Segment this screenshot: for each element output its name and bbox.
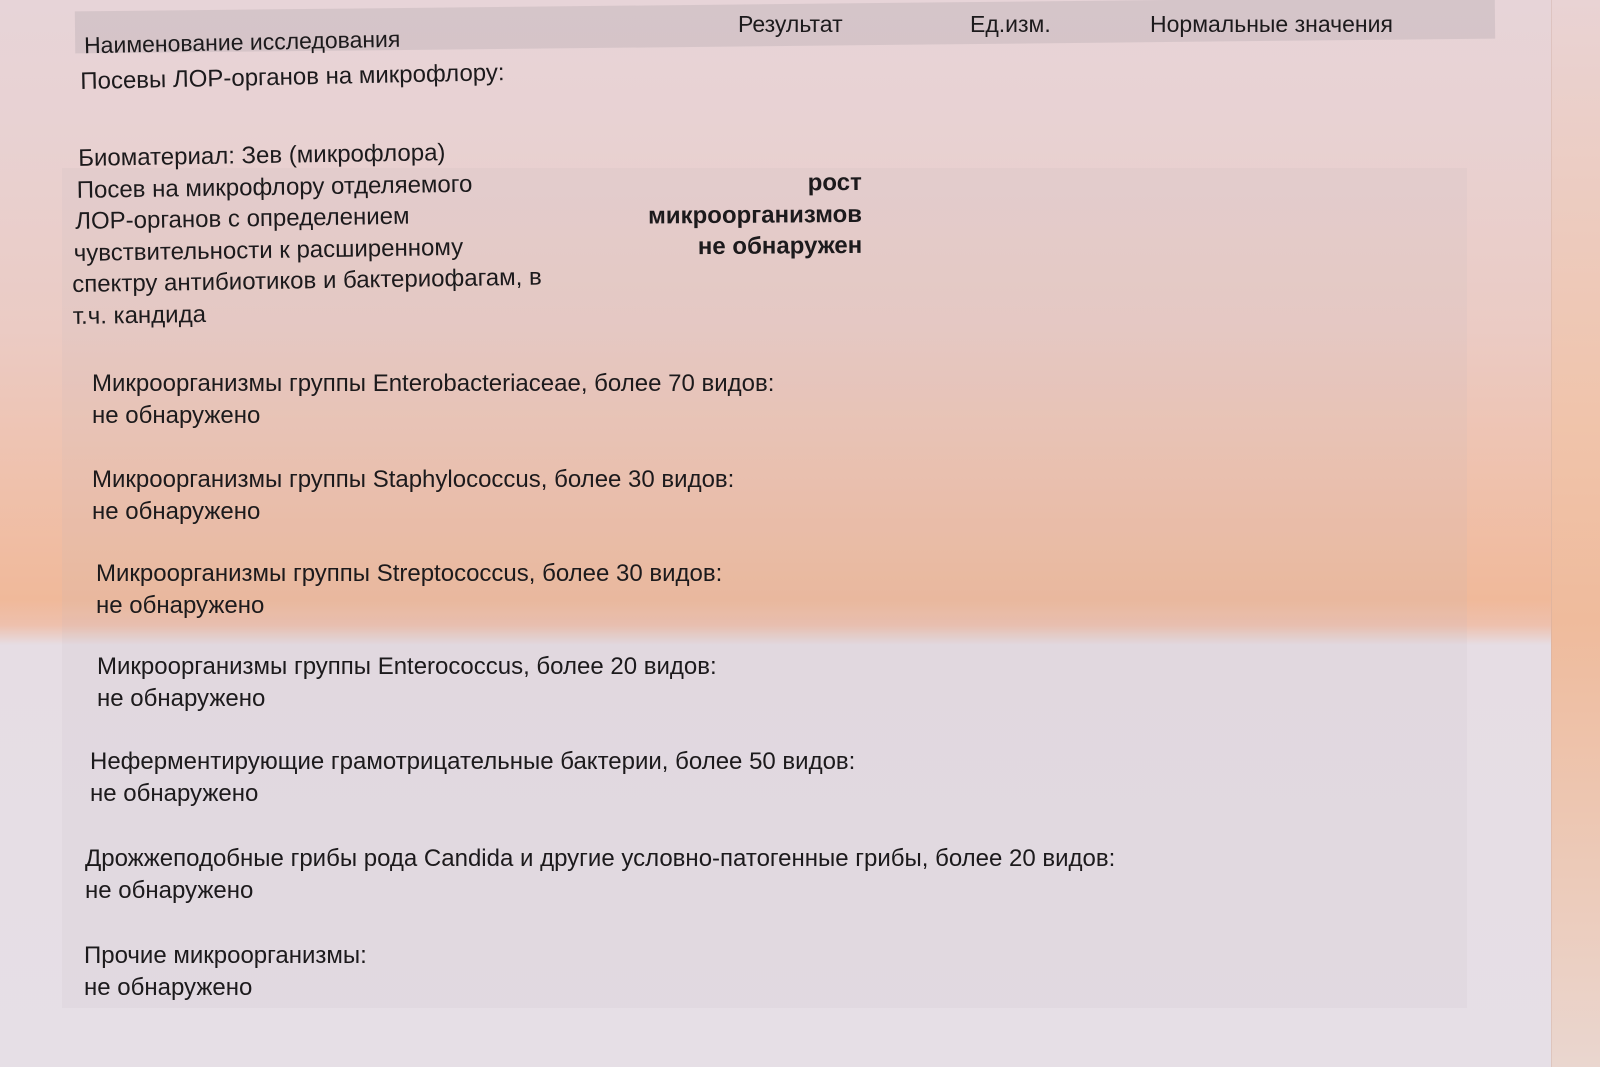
finding-label: Дрожжеподобные грибы рода Candida и друг… (85, 843, 1115, 875)
finding-streptococcus: Микроорганизмы группы Streptococcus, бол… (96, 558, 722, 622)
result-line: рост (560, 167, 862, 201)
column-header-name: Наименование исследования (84, 23, 401, 62)
paper-edge (1551, 0, 1600, 1067)
finding-other-microorganisms: Прочие микроорганизмы: не обнаружено (84, 940, 367, 1004)
finding-nonfermenting-gram-negative: Неферментирующие грамотрицательные бакте… (90, 746, 855, 810)
finding-label: Микроорганизмы группы Enterobacteriaceae… (92, 368, 774, 400)
result-line: микроорганизмов (560, 198, 862, 232)
finding-value: не обнаружено (97, 683, 717, 715)
finding-staphylococcus: Микроорганизмы группы Staphylococcus, бо… (92, 464, 734, 528)
finding-label: Микроорганизмы группы Enterococcus, боле… (97, 651, 717, 683)
column-header-normal-values: Нормальные значения (1150, 8, 1393, 40)
finding-label: Микроорганизмы группы Streptococcus, бол… (96, 558, 722, 590)
column-header-result: Результат (738, 8, 843, 40)
section-title: Посевы ЛОР-органов на микрофлору: (80, 57, 505, 98)
test-result: рост микроорганизмов не обнаружен (560, 167, 863, 264)
finding-value: не обнаружено (96, 590, 722, 622)
finding-value: не обнаружено (90, 778, 855, 810)
finding-candida-fungi: Дрожжеподобные грибы рода Candida и друг… (85, 843, 1115, 907)
finding-label: Микроорганизмы группы Staphylococcus, бо… (92, 464, 734, 496)
finding-value: не обнаружено (92, 400, 774, 432)
finding-value: не обнаружено (84, 972, 367, 1004)
result-line: не обнаружен (560, 230, 862, 264)
finding-enterococcus: Микроорганизмы группы Enterococcus, боле… (97, 651, 717, 715)
finding-value: не обнаружено (85, 875, 1115, 907)
finding-enterobacteriaceae: Микроорганизмы группы Enterobacteriaceae… (92, 368, 774, 432)
test-description: Биоматериал: Зев (микрофлора) Посев на м… (70, 136, 542, 332)
column-header-unit: Ед.изм. (970, 8, 1051, 40)
finding-label: Прочие микроорганизмы: (84, 940, 367, 972)
finding-label: Неферментирующие грамотрицательные бакте… (90, 746, 855, 778)
finding-value: не обнаружено (92, 496, 734, 528)
